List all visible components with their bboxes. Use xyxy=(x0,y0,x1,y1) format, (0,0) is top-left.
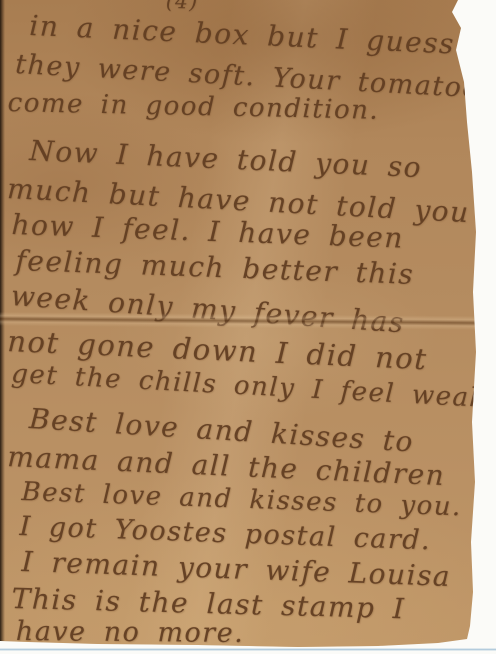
scanner-artifact-line xyxy=(0,648,496,651)
letter-paper: (4) in a nice box but I guess they were … xyxy=(0,0,496,654)
page-number: (4) xyxy=(166,0,199,12)
letter-line: have no more. xyxy=(16,618,245,647)
letter-line: in a nice box but I guess xyxy=(29,12,456,59)
scanned-letter-page: (4) in a nice box but I guess they were … xyxy=(0,0,496,654)
letter-line: come in good condition. xyxy=(7,90,379,124)
